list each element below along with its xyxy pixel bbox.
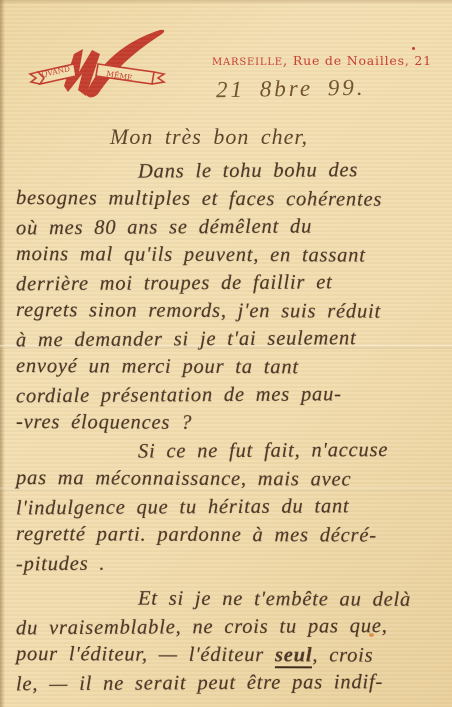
- letter-text-segment: l'indulgence que tu héritas du tant: [16, 495, 350, 519]
- letter-text-segment: regrets sinon remords, j'en suis réduit: [16, 299, 381, 323]
- letter-line: où mes 80 ans se démêlent du: [16, 212, 446, 243]
- letter-line: pour l'éditeur, — l'éditeur seul, crois: [16, 640, 446, 670]
- letter-line: besognes multiples et faces cohérentes: [16, 184, 446, 214]
- letter-line: l'indulgence que tu héritas du tant: [16, 492, 446, 523]
- letter-line: à me demander si je t'ai seulement: [16, 324, 446, 355]
- letter-line: derrière moi troupes de faillir et: [16, 268, 446, 299]
- underlined-word: seul: [275, 644, 312, 668]
- letter-text-segment: pour l'éditeur, — l'éditeur: [16, 643, 275, 666]
- letter-line: moins mal qu'ils peuvent, en tassant: [16, 240, 446, 270]
- letter-line: cordiale présentation de mes pau-: [16, 380, 446, 411]
- ink-speck: [412, 47, 415, 50]
- address-city: Marseille,: [212, 53, 288, 69]
- letter-text-segment: où mes 80 ans se démêlent du: [16, 216, 312, 240]
- letter-text-segment: le, — il ne serait peut être pas indif-: [16, 671, 383, 695]
- letter-salutation: Mon très bon cher,: [110, 124, 308, 150]
- letter-text-segment: envoyé un merci pour ta tant: [16, 355, 299, 378]
- letter-body: Dans le tohu bohu desbesognes multiples …: [16, 157, 446, 697]
- letter-text-segment: Dans le tohu bohu des: [138, 159, 358, 182]
- letter-page: QVAND MÊME Marseille, Rue de Noailles, 2…: [0, 0, 452, 707]
- letter-date: 21 8bre 99.: [216, 75, 366, 104]
- letter-line: Et si je ne t'embête au delà: [16, 584, 446, 614]
- letter-text-segment: besognes multiples et faces cohérentes: [16, 187, 382, 211]
- letter-line: regrets sinon remords, j'en suis réduit: [16, 296, 446, 326]
- letter-line: Dans le tohu bohu des: [16, 156, 446, 187]
- letter-text-segment: cordiale présentation de mes pau-: [16, 383, 342, 407]
- letterhead-logo: QVAND MÊME: [28, 24, 172, 100]
- scan-edge-left: [0, 0, 5, 707]
- letter-text-segment: moins mal qu'ils peuvent, en tassant: [16, 243, 366, 267]
- letter-text-segment: regretté parti. pardonne à mes décré-: [16, 523, 377, 547]
- scan-edge-top: [0, 0, 452, 4]
- letter-text-segment: pas ma méconnaissance, mais avec: [16, 467, 351, 490]
- letter-line: du vraisemblable, ne crois tu pas que,: [16, 612, 446, 643]
- letter-line: -pitudes .: [16, 548, 446, 579]
- letter-line: regretté parti. pardonne à mes décré-: [16, 520, 446, 550]
- letter-line: pas ma méconnaissance, mais avec: [16, 464, 446, 494]
- letter-text-segment: , crois: [312, 644, 373, 666]
- letter-text-segment: -vres éloquences ?: [16, 411, 192, 434]
- letter-text-segment: derrière moi troupes de faillir et: [16, 271, 333, 295]
- address-street: Rue de Noailles, 21: [288, 53, 432, 68]
- letter-line: envoyé un merci pour ta tant: [16, 352, 446, 382]
- letter-text-segment: à me demander si je t'ai seulement: [16, 327, 357, 351]
- monogram-n-icon: QVAND MÊME: [28, 24, 172, 100]
- letter-line: Si ce ne fut fait, n'accuse: [16, 436, 446, 467]
- letter-text-segment: Si ce ne fut fait, n'accuse: [138, 439, 388, 463]
- letterhead-address: Marseille, Rue de Noailles, 21: [212, 53, 432, 69]
- letter-text-segment: du vraisemblable, ne crois tu pas que,: [16, 615, 388, 639]
- letter-line: -vres éloquences ?: [16, 408, 446, 438]
- logo-ribbon-left-tail: [30, 72, 40, 84]
- letter-text-segment: -pitudes .: [16, 553, 105, 576]
- letter-text-segment: Et si je ne t'embête au delà: [138, 588, 411, 611]
- letter-line: le, — il ne serait peut être pas indif-: [16, 668, 446, 699]
